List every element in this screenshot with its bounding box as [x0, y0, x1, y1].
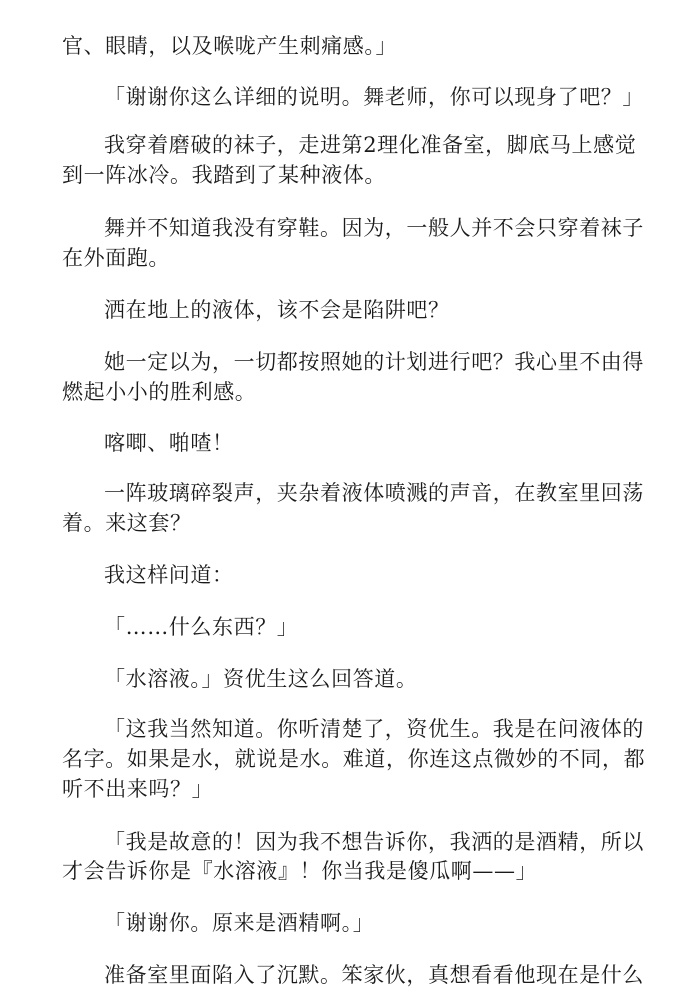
- text-line: 听不出来吗？」: [62, 775, 213, 803]
- text-line: 到一阵冰冷。我踏到了某种液体。: [62, 161, 386, 189]
- text-line: 「这我当然知道。你听清楚了，资优生。我是在问液体的: [104, 715, 644, 743]
- text-line: 着。来这套？: [62, 509, 192, 537]
- text-line: 「水溶液。」资优生这么回答道。: [104, 665, 418, 693]
- text-line: 喀唧、啪喳！: [104, 429, 234, 457]
- text-line: 舞并不知道我没有穿鞋。因为，一般人并不会只穿着袜子: [104, 214, 644, 242]
- text-line: 洒在地上的液体，该不会是陷阱吧？: [104, 296, 450, 324]
- text-line: 「……什么东西？」: [104, 613, 298, 641]
- text-line: 她一定以为，一切都按照她的计划进行吧？我心里不由得: [104, 348, 644, 376]
- text-line: 准备室里面陷入了沉默。笨家伙，真想看看他现在是什么: [104, 961, 644, 989]
- text-line: 才会告诉你是『水溶液』！你当我是傻瓜啊——」: [62, 857, 537, 885]
- text-line: 我这样问道：: [104, 561, 234, 589]
- text-line: 「我是故意的！因为我不想告诉你，我洒的是酒精，所以: [104, 828, 644, 856]
- text-line: 「谢谢你。原来是酒精啊。」: [104, 909, 374, 937]
- text-line: 我穿着磨破的袜子，走进第2理化准备室，脚底马上感觉: [104, 131, 636, 159]
- text-line: 官、眼睛，以及喉咙产生刺痛感。」: [62, 32, 397, 60]
- document-page: 官、眼睛，以及喉咙产生刺痛感。」「谢谢你这么详细的说明。舞老师，你可以现身了吧？…: [0, 0, 700, 992]
- text-line: 燃起小小的胜利感。: [62, 378, 256, 406]
- text-line: 在外面跑。: [62, 244, 170, 272]
- text-line: 名字。如果是水，就说是水。难道，你连这点微妙的不同，都: [62, 745, 645, 773]
- text-line: 一阵玻璃碎裂声，夹杂着液体喷溅的声音，在教室里回荡: [104, 479, 644, 507]
- text-line: 「谢谢你这么详细的说明。舞老师，你可以现身了吧？」: [104, 83, 644, 111]
